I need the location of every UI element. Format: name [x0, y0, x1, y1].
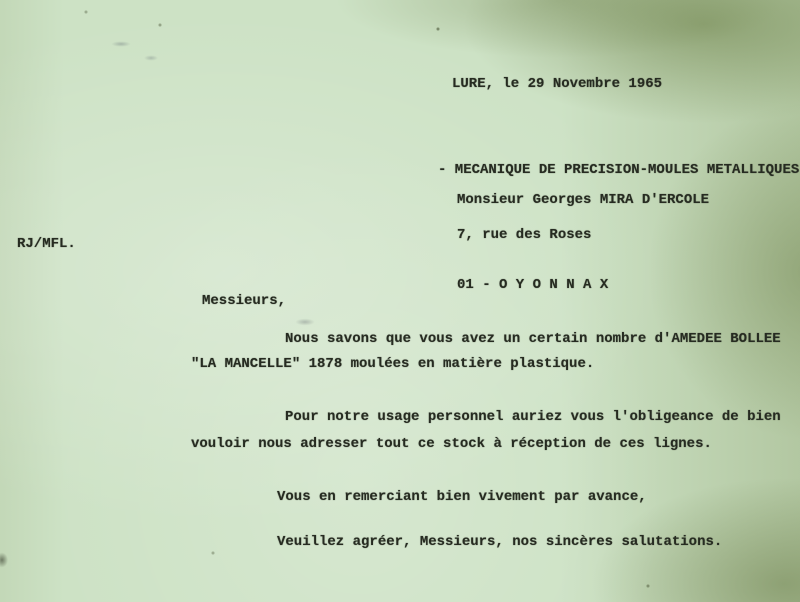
- closing-line2: Veuillez agréer, Messieurs, nos sincères…: [277, 534, 722, 550]
- reference-code: RJ/MFL.: [17, 236, 76, 252]
- paragraph2-line1: Pour notre usage personnel auriez vous l…: [285, 409, 781, 425]
- recipient-city: 01 - O Y O N N A X: [457, 277, 608, 293]
- recipient-name: Monsieur Georges MIRA D'ERCOLE: [457, 192, 709, 208]
- paragraph1-line1: Nous savons que vous avez un certain nom…: [285, 331, 781, 347]
- paragraph2-line2: vouloir nous adresser tout ce stock à ré…: [191, 436, 712, 452]
- closing-line1: Vous en remerciant bien vivement par ava…: [277, 489, 647, 505]
- recipient-company: - MECANIQUE DE PRECISION-MOULES METALLIQ…: [438, 162, 799, 178]
- date-line: LURE, le 29 Novembre 1965: [452, 76, 662, 92]
- salutation: Messieurs,: [202, 293, 286, 309]
- scanned-letter-page: LURE, le 29 Novembre 1965 - MECANIQUE DE…: [0, 0, 800, 602]
- recipient-street: 7, rue des Roses: [457, 227, 591, 243]
- paragraph1-line2: "LA MANCELLE" 1878 moulées en matière pl…: [191, 356, 594, 372]
